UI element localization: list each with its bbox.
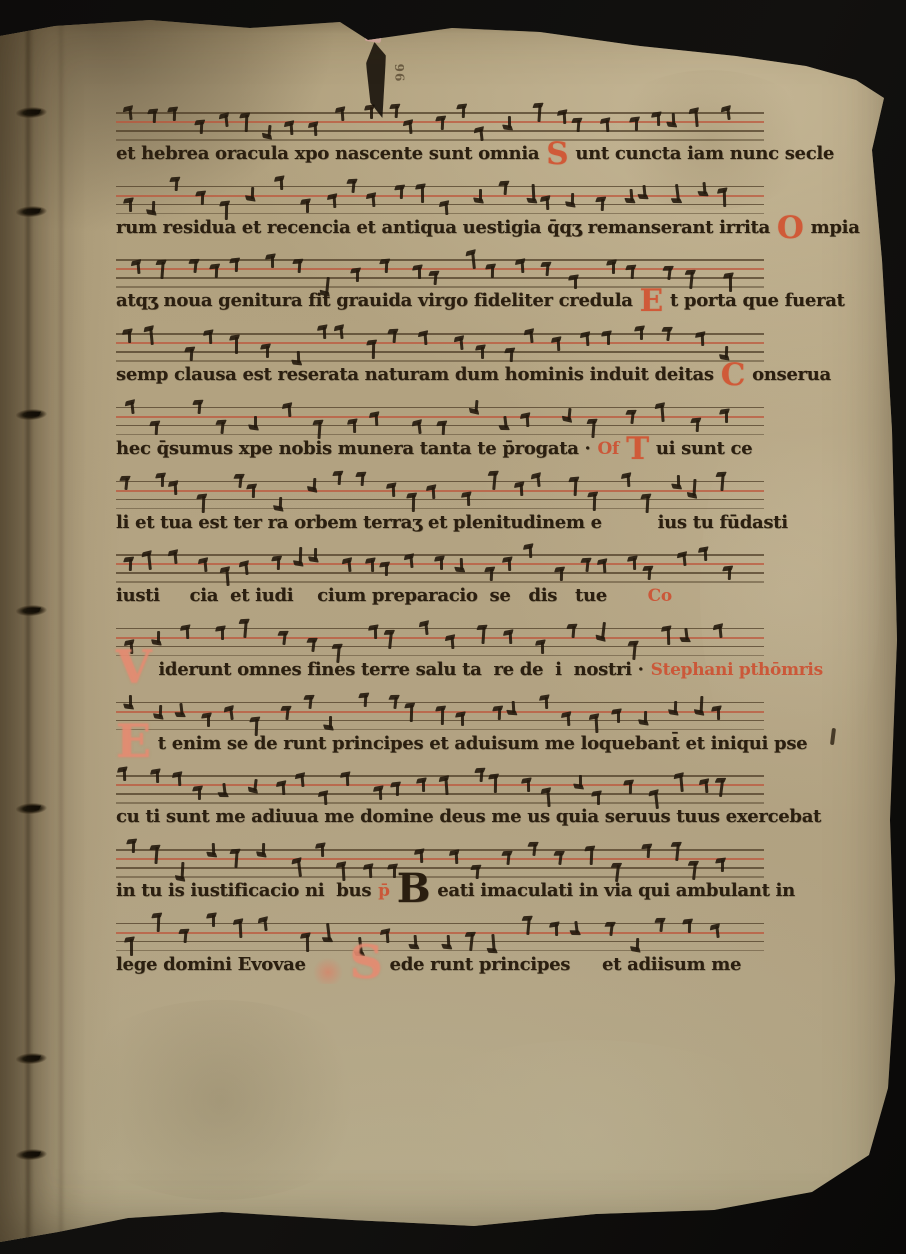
parchment-page: et hebrea oracula xpo nascente sunt omni… xyxy=(0,0,906,1254)
photograph-canvas: et hebrea oracula xpo nascente sunt omni… xyxy=(0,0,906,1254)
edge-vignette xyxy=(0,0,906,1254)
